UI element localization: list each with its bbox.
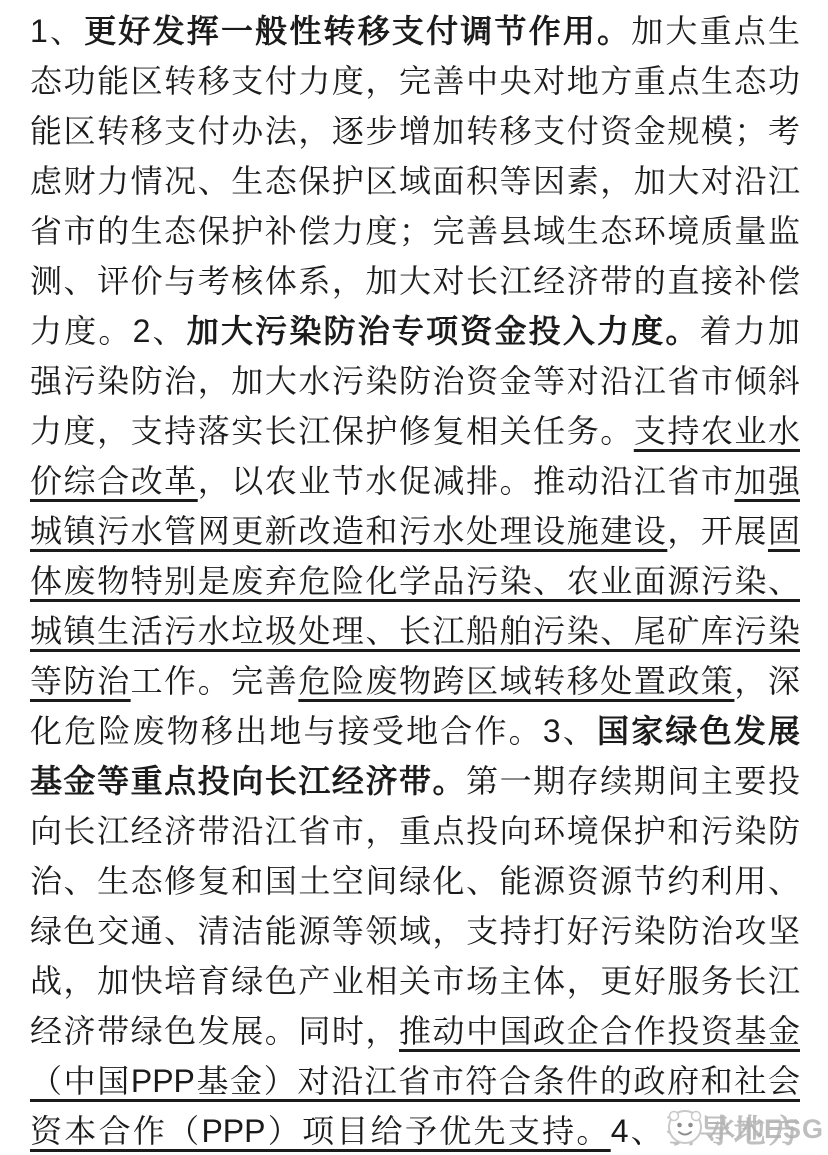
bold-text: 基金等重点投向长江经济带。 bbox=[30, 763, 466, 799]
bold-text: 更好发挥一般性转移支付调节作用。 bbox=[84, 13, 631, 49]
body-text: 态功能区转移支付力度，完善中央对地方重点生态功 bbox=[30, 63, 800, 99]
text-line: 力度，支持落实长江保护修复相关任务。支持农业水 bbox=[30, 406, 800, 456]
text-line: 1、更好发挥一般性转移支付调节作用。加大重点生 bbox=[30, 6, 800, 56]
body-text: 向长江经济带沿江省市，重点投向环境保护和污染防 bbox=[30, 813, 800, 849]
body-text: 战，加快培育绿色产业相关市场主体，更好服务长江 bbox=[30, 963, 800, 999]
body-text: 治、生态修复和国土空间绿化、能源资源节约利用、 bbox=[30, 863, 800, 899]
text-line: 治、生态修复和国土空间绿化、能源资源节约利用、 bbox=[30, 856, 800, 906]
text-line: 战，加快培育绿色产业相关市场主体，更好服务长江 bbox=[30, 956, 800, 1006]
article-body: 1、更好发挥一般性转移支付调节作用。加大重点生态功能区转移支付力度，完善中央对地… bbox=[30, 6, 800, 1155]
text-line: （中国PPP基金）对沿江省市符合条件的政府和社会 bbox=[30, 1056, 800, 1106]
body-text: 力度。2、 bbox=[30, 313, 187, 349]
underlined-text: 城镇生活污水垃圾处理、长江船舶污染、尾矿库污染 bbox=[30, 613, 800, 649]
bold-text: 加大污染防治专项资金投入力度。 bbox=[187, 313, 700, 349]
body-text: 化危险废物移出地与接受地合作。3、 bbox=[30, 713, 597, 749]
body-text: 强污染防治，加大水污染防治资金等对沿江省市倾斜 bbox=[30, 363, 800, 399]
text-line: 强污染防治，加大水污染防治资金等对沿江省市倾斜 bbox=[30, 356, 800, 406]
text-line: 能区转移支付办法，逐步增加转移支付资金规模；考 bbox=[30, 106, 800, 156]
underlined-text: 等防治 bbox=[30, 663, 131, 699]
body-text: ，开展 bbox=[667, 513, 768, 549]
text-line: 城镇污水管网更新改造和污水处理设施建设，开展固 bbox=[30, 506, 800, 556]
text-line: 城镇生活污水垃圾处理、长江船舶污染、尾矿库污染 bbox=[30, 606, 800, 656]
body-text: 1、 bbox=[30, 13, 84, 49]
underlined-text: 体废物特别是废弃危险化学品污染、农业面源污染、 bbox=[30, 563, 800, 599]
watermark-label: 水木ESG bbox=[708, 1107, 824, 1146]
mascot-face-icon bbox=[665, 1106, 705, 1146]
body-text: ，以农业节水促减排。推动沿江省市 bbox=[198, 463, 735, 499]
watermark: 水木ESG bbox=[663, 1104, 828, 1148]
text-line: 经济带绿色发展。同时，推动中国政企合作投资基金 bbox=[30, 1006, 800, 1056]
text-line: 基金等重点投向长江经济带。第一期存续期间主要投 bbox=[30, 756, 800, 806]
text-line: 虑财力情况、生态保护区域面积等因素，加大对沿江 bbox=[30, 156, 800, 206]
body-text: 虑财力情况、生态保护区域面积等因素，加大对沿江 bbox=[30, 163, 800, 199]
text-line: 省市的生态保护补偿力度；完善县域生态环境质量监 bbox=[30, 206, 800, 256]
underlined-text: 加强 bbox=[734, 463, 800, 499]
body-text: 着力加 bbox=[700, 313, 800, 349]
text-line: 体废物特别是废弃危险化学品污染、农业面源污染、 bbox=[30, 556, 800, 606]
text-line: 向长江经济带沿江省市，重点投向环境保护和污染防 bbox=[30, 806, 800, 856]
underlined-text: 危险废物跨区域转移处置政策 bbox=[298, 663, 734, 699]
underlined-text: 资本合作（PPP）项目给予优先支持。 bbox=[30, 1113, 611, 1149]
body-text: ，深 bbox=[734, 663, 800, 699]
text-line: 价综合改革，以农业节水促减排。推动沿江省市加强 bbox=[30, 456, 800, 506]
body-text: 省市的生态保护补偿力度；完善县域生态环境质量监 bbox=[30, 213, 800, 249]
body-text: 能区转移支付办法，逐步增加转移支付资金规模；考 bbox=[30, 113, 800, 149]
text-line: 力度。2、加大污染防治专项资金投入力度。着力加 bbox=[30, 306, 800, 356]
text-line: 测、评价与考核体系，加大对长江经济带的直接补偿 bbox=[30, 256, 800, 306]
text-line: 态功能区转移支付力度，完善中央对地方重点生态功 bbox=[30, 56, 800, 106]
underlined-text: 推动中国政企合作投资基金 bbox=[399, 1013, 800, 1049]
body-text: 4、 bbox=[611, 1113, 665, 1149]
bold-text: 国家绿色发展 bbox=[597, 713, 800, 749]
body-text: 力度，支持落实长江保护修复相关任务。 bbox=[30, 413, 634, 449]
body-text: 工作。完善 bbox=[131, 663, 299, 699]
underlined-text: 城镇污水管网更新改造和污水处理设施建设 bbox=[30, 513, 667, 549]
underlined-text: （中国PPP基金）对沿江省市符合条件的政府和社会 bbox=[30, 1063, 800, 1099]
underlined-text: 固 bbox=[768, 513, 800, 549]
body-text: 经济带绿色发展。同时， bbox=[30, 1013, 399, 1049]
text-line: 化危险废物移出地与接受地合作。3、国家绿色发展 bbox=[30, 706, 800, 756]
text-line: 等防治工作。完善危险废物跨区域转移处置政策，深 bbox=[30, 656, 800, 706]
body-text: 绿色交通、清洁能源等领域，支持打好污染防治攻坚 bbox=[30, 913, 800, 949]
body-text: 加大重点生 bbox=[631, 13, 800, 49]
underlined-text: 价综合改革 bbox=[30, 463, 198, 499]
body-text: 第一期存续期间主要投 bbox=[466, 763, 800, 799]
underlined-text: 支持农业水 bbox=[634, 413, 800, 449]
body-text: 测、评价与考核体系，加大对长江经济带的直接补偿 bbox=[30, 263, 800, 299]
text-line: 绿色交通、清洁能源等领域，支持打好污染防治攻坚 bbox=[30, 906, 800, 956]
article-page: { "colors": { "background": "#ffffff", "… bbox=[0, 0, 828, 1155]
